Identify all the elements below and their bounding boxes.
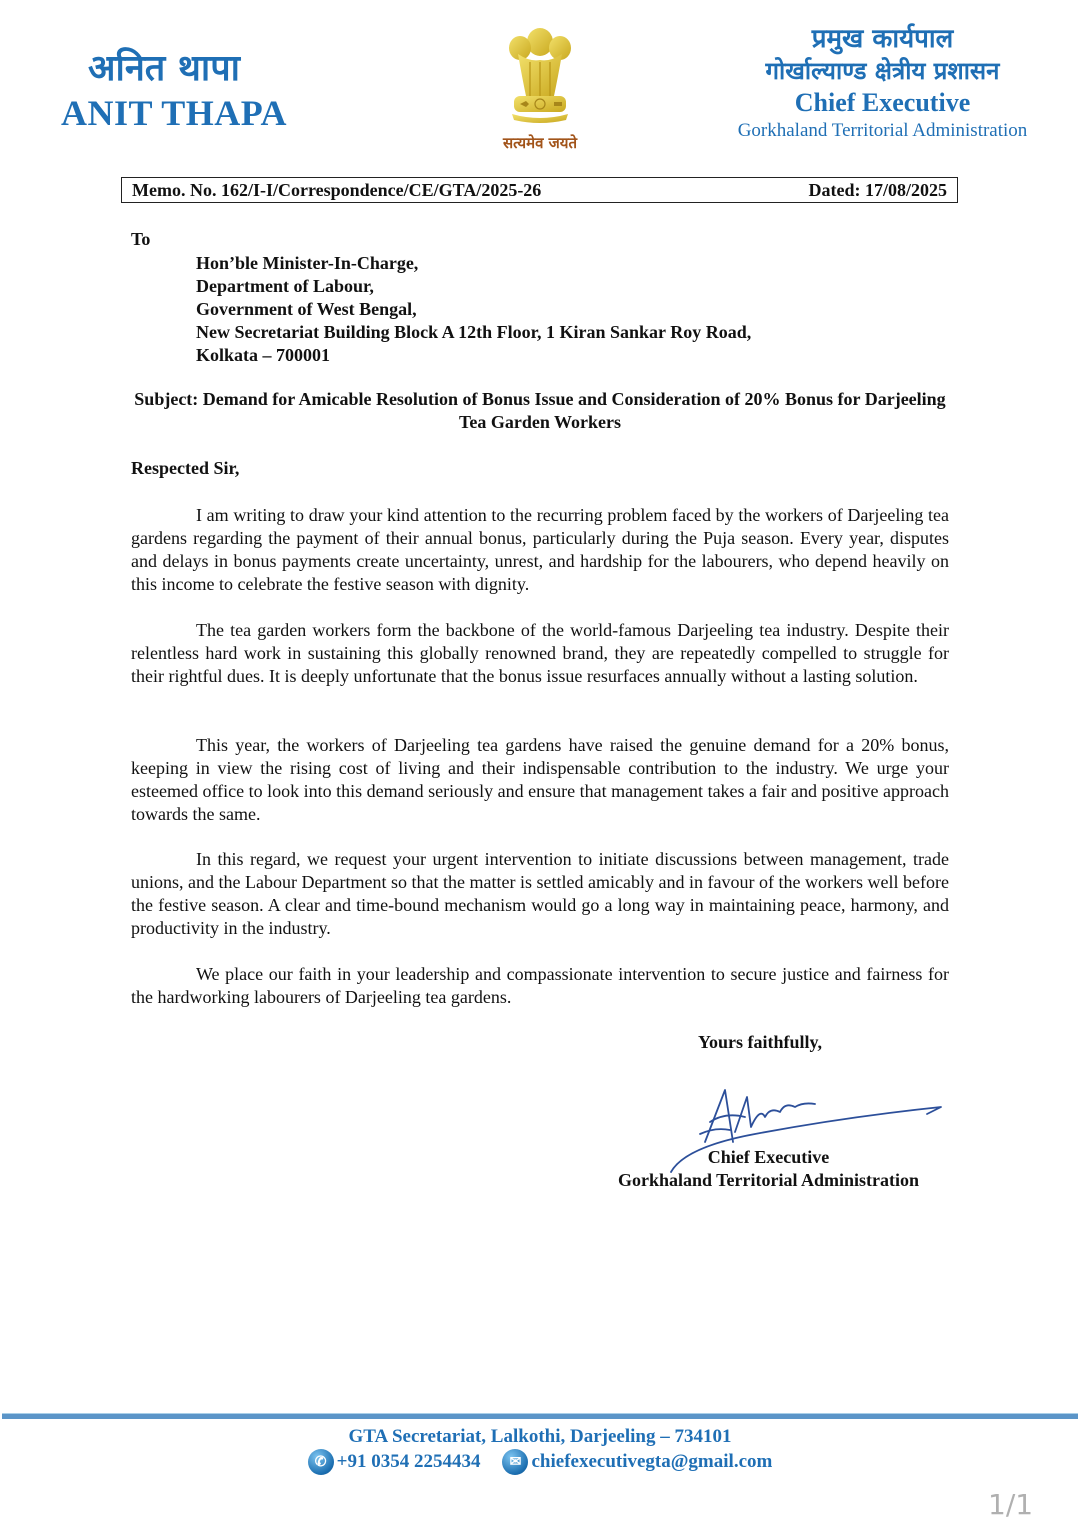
- body-paragraph: In this regard, we request your urgent i…: [131, 848, 949, 940]
- name-hindi: अनित थापा: [88, 42, 240, 91]
- memo-number: Memo. No. 162/I-I/Correspondence/CE/GTA/…: [132, 180, 541, 201]
- address-line: Kolkata – 700001: [196, 344, 751, 367]
- phone-icon: ✆: [308, 1449, 334, 1475]
- footer-divider: [2, 1413, 1078, 1419]
- envelope-icon: ✉: [502, 1449, 528, 1475]
- memo-date: Dated: 17/08/2025: [809, 180, 948, 201]
- paragraph-text: We place our faith in your leadership an…: [131, 963, 949, 1009]
- paragraph-text: This year, the workers of Darjeeling tea…: [131, 734, 949, 826]
- signatory-organization: Gorkhaland Territorial Administration: [600, 1169, 937, 1192]
- paragraph-text: The tea garden workers form the backbone…: [131, 619, 949, 688]
- organization-name: Gorkhaland Territorial Administration: [715, 120, 1050, 142]
- address-line: New Secretariat Building Block A 12th Fl…: [196, 321, 751, 344]
- footer-address: GTA Secretariat, Lalkothi, Darjeeling – …: [0, 1426, 1080, 1448]
- designation-title: Chief Executive: [715, 86, 1050, 120]
- recipient-address: Hon’ble Minister-In-Charge, Department o…: [196, 252, 751, 367]
- footer-contact: ✆ +91 0354 2254434 ✉ chiefexecutivegta@g…: [0, 1449, 1080, 1475]
- address-line: Department of Labour,: [196, 275, 751, 298]
- phone-contact: ✆ +91 0354 2254434: [308, 1449, 481, 1475]
- phone-number: +91 0354 2254434: [337, 1451, 481, 1473]
- valediction: Yours faithfully,: [698, 1032, 822, 1053]
- email-contact: ✉ chiefexecutivegta@gmail.com: [502, 1449, 772, 1475]
- memo-reference-box: Memo. No. 162/I-I/Correspondence/CE/GTA/…: [121, 177, 958, 203]
- organization-hindi: गोर्खाल्याण्ड क्षेत्रीय प्रशासन: [715, 56, 1050, 86]
- body-paragraph: We place our faith in your leadership an…: [131, 963, 949, 1009]
- address-line: Government of West Bengal,: [196, 298, 751, 321]
- body-paragraph: I am writing to draw your kind attention…: [131, 504, 949, 596]
- emblem-motto: सत्यमेव जयते: [490, 133, 590, 153]
- signatory-title: Chief Executive: [600, 1146, 937, 1169]
- subject-line: Subject: Demand for Amicable Resolution …: [125, 388, 955, 434]
- designation-hindi: प्रमुख कार्यपाल: [715, 22, 1050, 56]
- to-label: To: [131, 229, 150, 250]
- salutation: Respected Sir,: [131, 458, 239, 479]
- body-paragraph: The tea garden workers form the backbone…: [131, 619, 949, 688]
- designation-block: प्रमुख कार्यपाल गोर्खाल्याण्ड क्षेत्रीय …: [715, 22, 1050, 142]
- paragraph-text: In this regard, we request your urgent i…: [131, 848, 949, 940]
- page-indicator: 1/1: [988, 1488, 1033, 1521]
- signatory-block: Chief Executive Gorkhaland Territorial A…: [600, 1146, 937, 1192]
- email-address[interactable]: chiefexecutivegta@gmail.com: [531, 1451, 772, 1473]
- ashoka-emblem-icon: [500, 22, 580, 130]
- address-line: Hon’ble Minister-In-Charge,: [196, 252, 751, 275]
- name-english: ANIT THAPA: [61, 92, 287, 134]
- paragraph-text: I am writing to draw your kind attention…: [131, 504, 949, 596]
- body-paragraph: This year, the workers of Darjeeling tea…: [131, 734, 949, 826]
